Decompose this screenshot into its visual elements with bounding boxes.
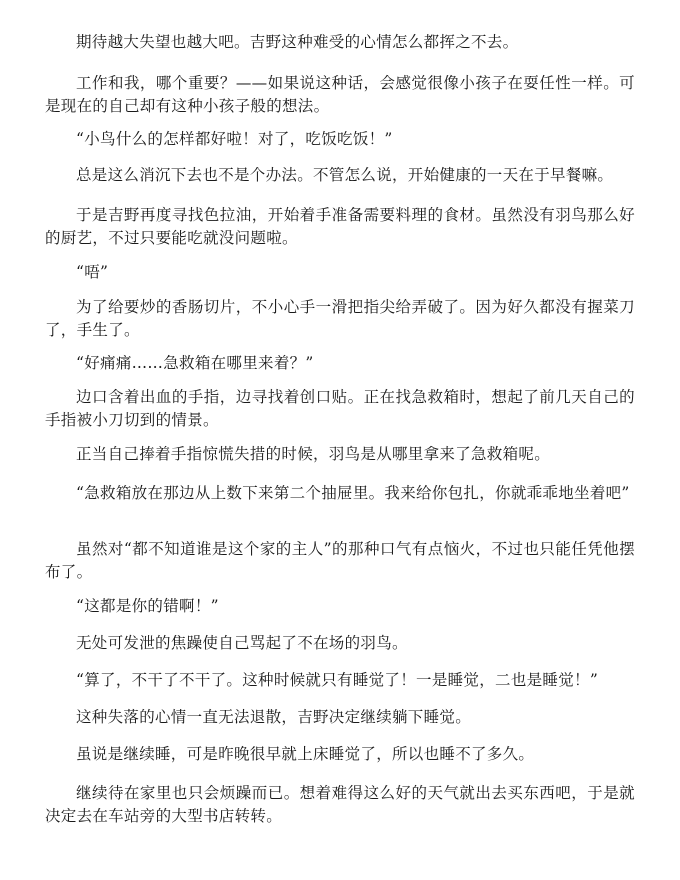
paragraph-3: “小鸟什么的怎样都好啦！对了，吃饭吃饭！” — [45, 128, 635, 151]
paragraph-16: 这种失落的心情一直无法退散，吉野决定继续躺下睡觉。 — [45, 706, 635, 729]
paragraph-7: 为了给要炒的香肠切片，不小心手一滑把指尖给弄破了。因为好久都没有握菜刀了，手生了… — [45, 296, 635, 342]
paragraph-14: 无处可发泄的焦躁使自己骂起了不在场的羽鸟。 — [45, 632, 635, 655]
paragraph-18: 继续待在家里也只会烦躁而已。想着难得这么好的天气就出去买东西吧，于是就决定去在车… — [45, 782, 635, 828]
paragraph-13: “这都是你的错啊！” — [45, 595, 635, 618]
paragraph-17: 虽说是继续睡，可是昨晚很早就上床睡觉了，所以也睡不了多久。 — [45, 743, 635, 766]
paragraph-8: “好痛痛……急救箱在哪里来着？” — [45, 352, 635, 375]
document-page: 期待越大失望也越大吧。吉野这种难受的心情怎么都挥之不去。 工作和我，哪个重要？—… — [0, 0, 680, 880]
paragraph-4: 总是这么消沉下去也不是个办法。不管怎么说，开始健康的一天在于早餐嘛。 — [45, 164, 635, 187]
paragraph-1: 期待越大失望也越大吧。吉野这种难受的心情怎么都挥之不去。 — [45, 31, 635, 54]
paragraph-10: 正当自己捧着手指惊慌失措的时候，羽鸟是从哪里拿来了急救箱呢。 — [45, 443, 635, 466]
paragraph-2: 工作和我，哪个重要？——如果说这种话，会感觉很像小孩子在耍任性一样。可是现在的自… — [45, 72, 635, 118]
paragraph-15: “算了，不干了不干了。这种时候就只有睡觉了！一是睡觉，二也是睡觉！” — [45, 669, 635, 692]
paragraph-6: “唔” — [45, 261, 635, 284]
paragraph-12: 虽然对“都不知道谁是这个家的主人”的那种口气有点恼火，不过也只能任凭他摆布了。 — [45, 538, 635, 584]
paragraph-5: 于是吉野再度寻找色拉油，开始着手准备需要料理的食材。虽然没有羽鸟那么好的厨艺，不… — [45, 204, 635, 250]
paragraph-9: 边口含着出血的手指，边寻找着创口贴。正在找急救箱时，想起了前几天自己的手指被小刀… — [45, 386, 635, 432]
paragraph-11: “急救箱放在那边从上数下来第二个抽屉里。我来给你包扎，你就乖乖地坐着吧” — [45, 482, 635, 505]
